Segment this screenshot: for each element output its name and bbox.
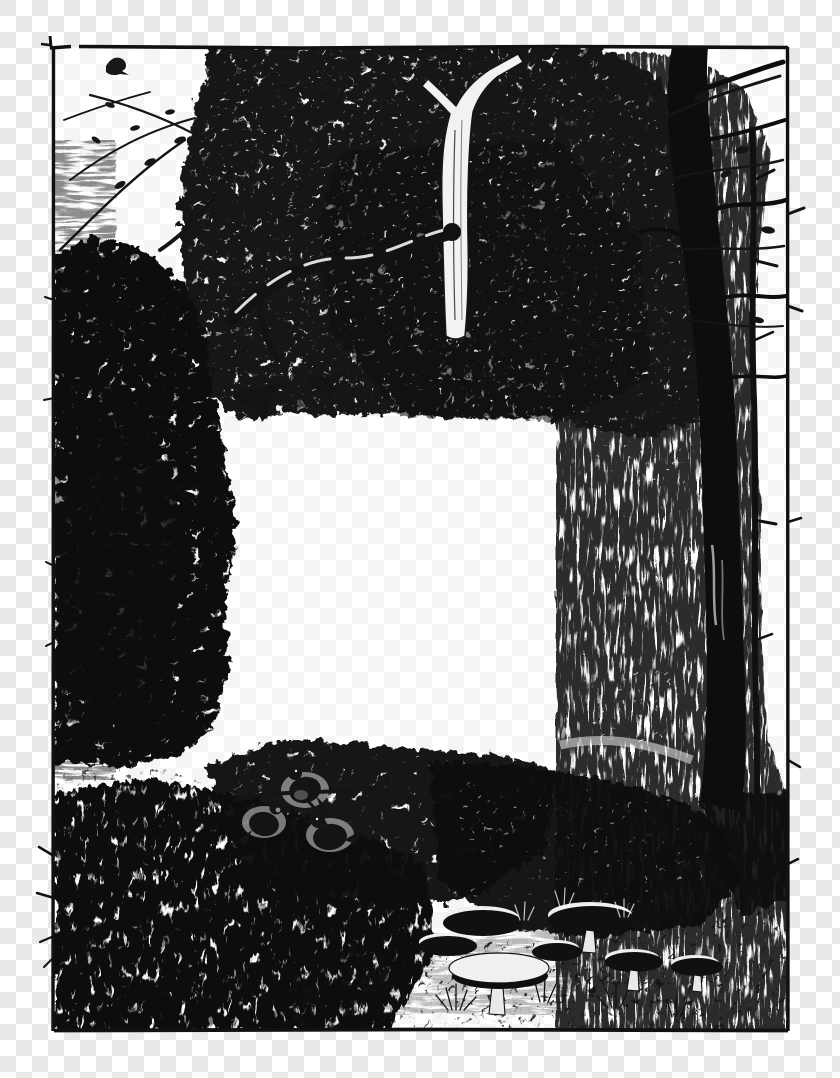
corner-nub (41, 44, 50, 45)
border-bottom-line (54, 1030, 788, 1031)
outside-twigs-right (788, 208, 804, 864)
checkerboard-background (0, 0, 840, 1078)
border-left-line (53, 47, 54, 1031)
corner-nub (50, 36, 51, 47)
border-top-line (50, 47, 788, 49)
branch-knot (443, 223, 461, 241)
border-right-line (788, 47, 789, 1031)
engraving-svg (0, 0, 840, 1078)
